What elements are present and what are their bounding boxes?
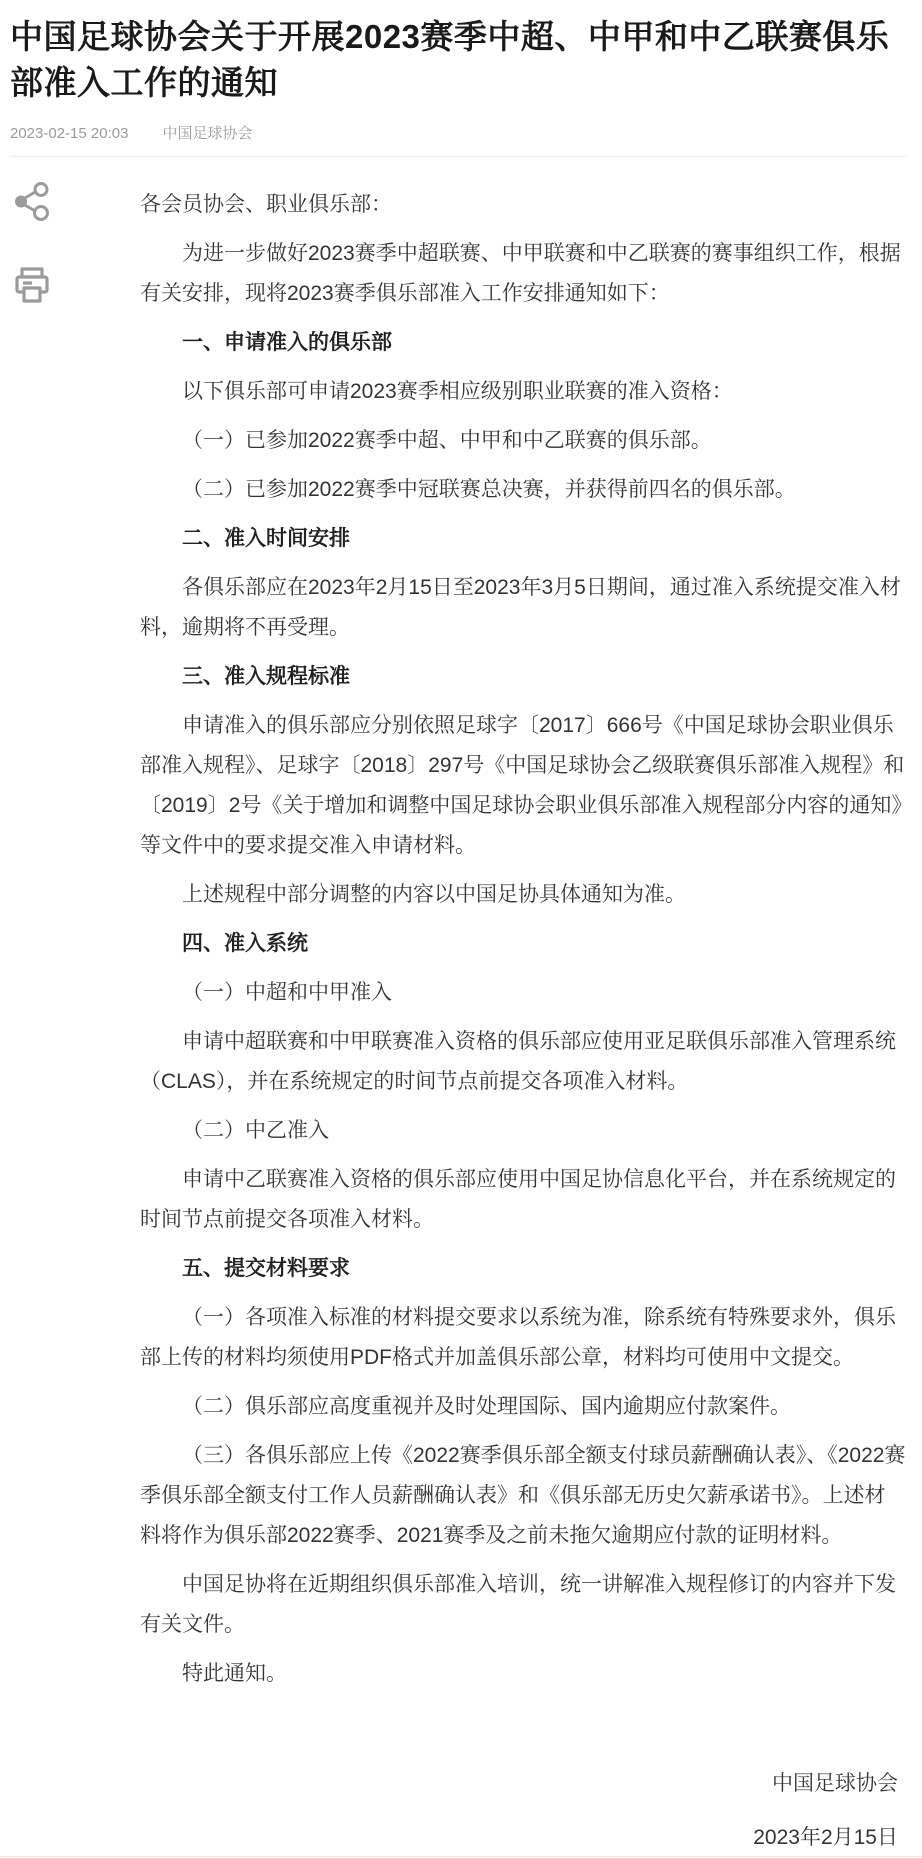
paragraph: 申请准入的俱乐部应分别依照足球字〔2017〕666号《中国足球协会职业俱乐部准入… [140, 706, 906, 866]
print-icon [12, 264, 52, 306]
section-heading: 二、准入时间安排 [140, 519, 906, 559]
paragraph: 中国足协将在近期组织俱乐部准入培训，统一讲解准入规程修订的内容并下发有关文件。 [140, 1565, 906, 1645]
signature-date: 2023年2月15日 [140, 1818, 898, 1858]
paragraph: （二）已参加2022赛季中冠联赛总决赛，并获得前四名的俱乐部。 [140, 470, 906, 510]
signature-org: 中国足球协会 [140, 1764, 898, 1804]
section-heading: 四、准入系统 [140, 924, 906, 964]
article-header: 中国足球协会关于开展2023赛季中超、中甲和中乙联赛俱乐部准入工作的通知 202… [0, 0, 922, 157]
paragraph: 上述规程中部分调整的内容以中国足协具体通知为准。 [140, 875, 906, 915]
signature-block: 中国足球协会 2023年2月15日 [140, 1764, 898, 1858]
paragraph: （一）中超和中甲准入 [140, 973, 906, 1013]
section-heading: 三、准入规程标准 [140, 657, 906, 697]
toolbar [12, 180, 56, 306]
share-button[interactable] [12, 180, 52, 222]
paragraph: 为进一步做好2023赛季中超联赛、中甲联赛和中乙联赛的赛事组织工作，根据有关安排… [140, 234, 906, 314]
paragraph: （二）中乙准入 [140, 1111, 906, 1151]
share-icon [12, 180, 52, 222]
paragraph: 各俱乐部应在2023年2月15日至2023年3月5日期间，通过准入系统提交准入材… [140, 568, 906, 648]
article-meta: 2023-02-15 20:03中国足球协会 [10, 122, 906, 143]
paragraph: 以下俱乐部可申请2023赛季相应级别职业联赛的准入资格： [140, 372, 906, 412]
print-button[interactable] [12, 264, 52, 306]
header-divider [10, 156, 906, 157]
paragraph: 申请中超联赛和中甲联赛准入资格的俱乐部应使用亚足联俱乐部准入管理系统（CLAS）… [140, 1022, 906, 1102]
section-heading: 一、申请准入的俱乐部 [140, 323, 906, 363]
article-body: 各会员协会、职业俱乐部：为进一步做好2023赛季中超联赛、中甲联赛和中乙联赛的赛… [140, 185, 906, 1694]
paragraph: （二）俱乐部应高度重视并及时处理国际、国内逾期应付款案件。 [140, 1387, 906, 1427]
paragraph: 特此通知。 [140, 1654, 906, 1694]
article-page: 中国足球协会关于开展2023赛季中超、中甲和中乙联赛俱乐部准入工作的通知 202… [0, 0, 922, 1858]
bottom-divider [0, 1856, 922, 1857]
source-name: 中国足球协会 [162, 125, 252, 142]
paragraph: （三）各俱乐部应上传《2022赛季俱乐部全额支付球员薪酬确认表》、《2022赛季… [140, 1436, 906, 1556]
publish-datetime: 2023-02-15 20:03 [10, 125, 128, 142]
section-heading: 五、提交材料要求 [140, 1249, 906, 1289]
salutation: 各会员协会、职业俱乐部： [140, 185, 906, 225]
page-title: 中国足球协会关于开展2023赛季中超、中甲和中乙联赛俱乐部准入工作的通知 [10, 14, 906, 106]
paragraph: 申请中乙联赛准入资格的俱乐部应使用中国足协信息化平台，并在系统规定的时间节点前提… [140, 1160, 906, 1240]
paragraph: （一）各项准入标准的材料提交要求以系统为准，除系统有特殊要求外，俱乐部上传的材料… [140, 1298, 906, 1378]
paragraph: （一）已参加2022赛季中超、中甲和中乙联赛的俱乐部。 [140, 421, 906, 461]
